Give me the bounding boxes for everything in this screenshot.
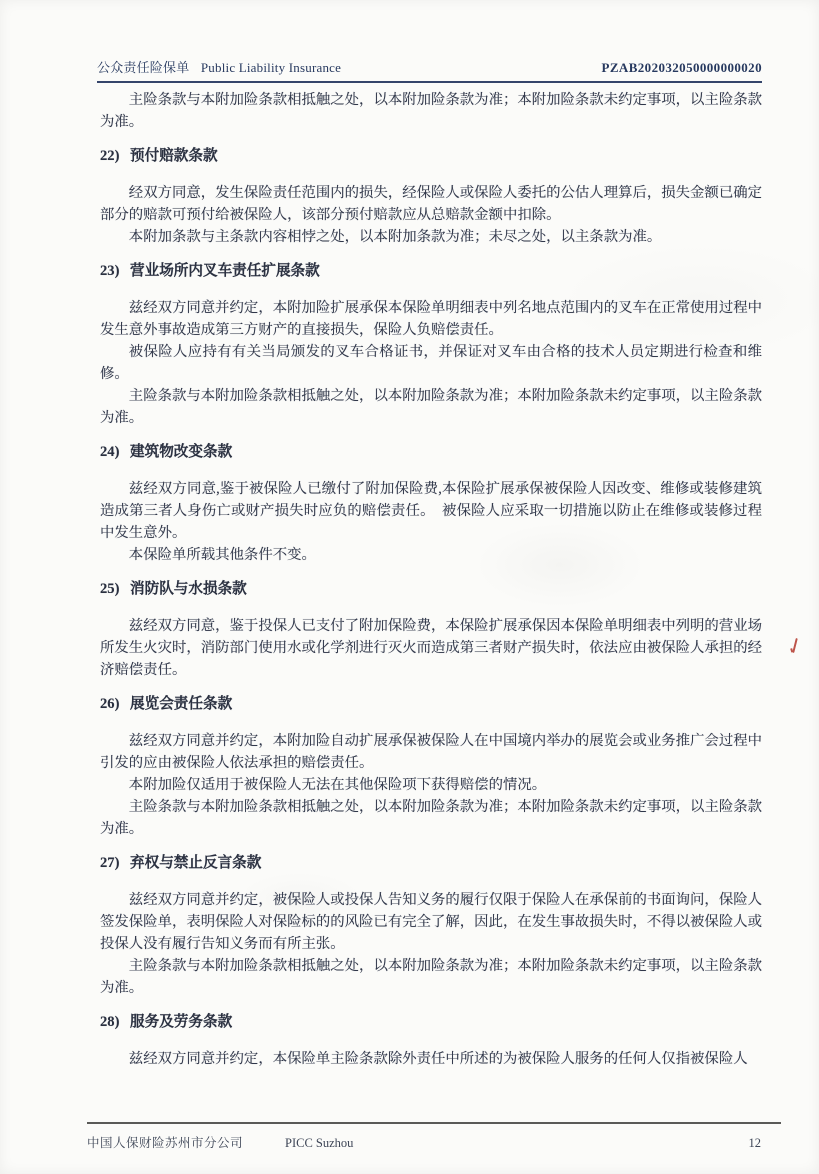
clause-paragraph: 本附加条款与主条款内容相悖之处，以本附加条款为准；未尽之处，以主条款为准。 <box>100 226 762 248</box>
clause-title-text: 预付赔款条款 <box>130 148 218 164</box>
page-footer: 中国人保财险苏州市分公司 PICC Suzhou 12 <box>87 1122 781 1151</box>
company-name-english: PICC Suzhou <box>285 1136 353 1151</box>
clause-paragraph: 兹经双方同意并约定，本保险单主险条款除外责任中所述的为被保险人服务的任何人仅指被… <box>100 1048 762 1070</box>
clause-23: 23)营业场所内叉车责任扩展条款 兹经双方同意并约定，本附加险扩展承保本保险单明… <box>100 260 762 429</box>
clause-heading: 22)预付赔款条款 <box>100 145 762 167</box>
clause-paragraph: 兹经双方同意，鉴于投保人已支付了附加保险费，本保险扩展承保因本保险单明细表中列明… <box>100 615 762 681</box>
clause-heading: 27)弃权与禁止反言条款 <box>100 852 762 874</box>
clause-title-text: 服务及劳务条款 <box>130 1014 232 1030</box>
clause-paragraph: 被保险人应持有有关当局颁发的叉车合格证书，并保证对叉车由合格的技术人员定期进行检… <box>100 341 762 385</box>
page-number: 12 <box>749 1136 762 1151</box>
clause-paragraph: 兹经双方同意,鉴于被保险人已缴付了附加保险费,本保险扩展承保被保险人因改变、维修… <box>100 478 762 544</box>
clause-paragraph: 经双方同意，发生保险责任范围内的损失，经保险人或保险人委托的公估人理算后，损失金… <box>100 182 762 226</box>
clause-heading: 28)服务及劳务条款 <box>100 1011 762 1033</box>
clause-title-text: 消防队与水损条款 <box>130 581 247 597</box>
clause-heading: 24)建筑物改变条款 <box>100 441 762 463</box>
document-type-english: Public Liability Insurance <box>201 60 341 75</box>
clause-number: 24) <box>100 441 130 463</box>
document-type-chinese: 公众责任险保单 <box>97 60 189 75</box>
clause-24: 24)建筑物改变条款 兹经双方同意,鉴于被保险人已缴付了附加保险费,本保险扩展承… <box>100 441 762 566</box>
policy-number: PZAB202032050000000020 <box>602 60 762 76</box>
clause-number: 27) <box>100 852 130 874</box>
clause-paragraph: 主险条款与本附加险条款相抵触之处，以本附加险条款为准；本附加险条款未约定事项，以… <box>100 955 762 999</box>
clause-28: 28)服务及劳务条款 兹经双方同意并约定，本保险单主险条款除外责任中所述的为被保… <box>100 1011 762 1070</box>
clause-26: 26)展览会责任条款 兹经双方同意并约定，本附加险自动扩展承保被保险人在中国境内… <box>100 693 762 840</box>
clause-paragraph: 兹经双方同意并约定，本附加险扩展承保本保险单明细表中列名地点范围内的叉车在正常使… <box>100 297 762 341</box>
clause-number: 26) <box>100 693 130 715</box>
clause-title-text: 展览会责任条款 <box>130 696 232 712</box>
clause-title-text: 建筑物改变条款 <box>130 444 232 460</box>
clause-27: 27)弃权与禁止反言条款 兹经双方同意并约定，被保险人或投保人告知义务的履行仅限… <box>100 852 762 999</box>
clause-22: 22)预付赔款条款 经双方同意，发生保险责任范围内的损失，经保险人或保险人委托的… <box>100 145 762 248</box>
clause-paragraph: 主险条款与本附加险条款相抵触之处，以本附加险条款为准；本附加险条款未约定事项，以… <box>100 385 762 429</box>
clause-paragraph: 本附加险仅适用于被保险人无法在其他保险项下获得赔偿的情况。 <box>100 774 762 796</box>
clause-paragraph: 本保险单所载其他条件不变。 <box>100 544 762 566</box>
footer-company: 中国人保财险苏州市分公司 PICC Suzhou <box>87 1133 353 1151</box>
clause-title-text: 营业场所内叉车责任扩展条款 <box>130 263 320 279</box>
document-type-label: 公众责任险保单 Public Liability Insurance <box>97 57 341 76</box>
clause-paragraph: 主险条款与本附加险条款相抵触之处，以本附加险条款为准；本附加险条款未约定事项，以… <box>100 796 762 840</box>
clause-heading: 25)消防队与水损条款 <box>100 578 762 600</box>
clause-heading: 23)营业场所内叉车责任扩展条款 <box>100 260 762 282</box>
page-header: 公众责任险保单 Public Liability Insurance PZAB2… <box>97 57 762 83</box>
clause-number: 28) <box>100 1011 130 1033</box>
clause-heading: 26)展览会责任条款 <box>100 693 762 715</box>
company-name-chinese: 中国人保财险苏州市分公司 <box>87 1133 243 1151</box>
scanned-policy-page: 公众责任险保单 Public Liability Insurance PZAB2… <box>0 0 819 1174</box>
intro-paragraph: 主险条款与本附加险条款相抵触之处，以本附加险条款为准；本附加险条款未约定事项，以… <box>100 89 762 133</box>
clause-25: 25)消防队与水损条款 兹经双方同意，鉴于投保人已支付了附加保险费，本保险扩展承… <box>100 578 762 681</box>
clause-title-text: 弃权与禁止反言条款 <box>130 855 261 871</box>
clause-number: 23) <box>100 260 130 282</box>
red-pen-mark-icon <box>792 638 798 653</box>
clause-number: 25) <box>100 578 130 600</box>
clause-paragraph: 兹经双方同意并约定，被保险人或投保人告知义务的履行仅限于保险人在承保前的书面询问… <box>100 889 762 955</box>
clause-number: 22) <box>100 145 130 167</box>
clause-paragraph: 兹经双方同意并约定，本附加险自动扩展承保被保险人在中国境内举办的展览会或业务推广… <box>100 730 762 774</box>
policy-body: 主险条款与本附加险条款相抵触之处，以本附加险条款为准；本附加险条款未约定事项，以… <box>100 89 762 1070</box>
